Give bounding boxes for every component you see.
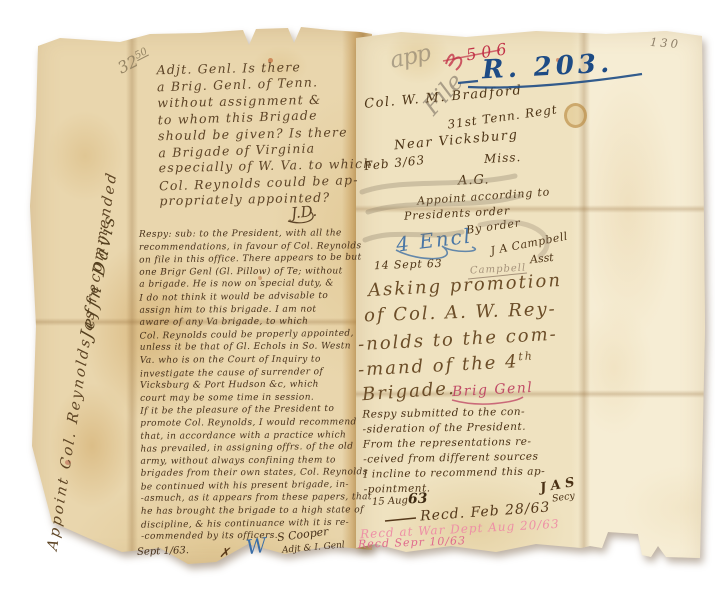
state: Miss.: [484, 150, 522, 166]
query-block: Adjt. Genl. Is therea Brig. Genl. of Ten…: [156, 58, 373, 210]
handwritten-line: Respy: sub: to the President, with all t…: [139, 227, 370, 241]
handwritten-line: one Brigr Genl (Gl. Pillow) of Te; witho…: [139, 265, 370, 279]
handwritten-line: investigate the cause of surrender of: [140, 365, 371, 381]
secretary-date: 15 Aug: [372, 495, 408, 508]
campbell-title: Asst: [529, 251, 554, 266]
handwritten-line: promote Col. Reynolds, I would recommend: [140, 416, 371, 430]
summary-line-4-ordinal: th: [518, 349, 534, 363]
reply-date: Sept 1/63.: [137, 545, 189, 558]
secretary-year: 63: [408, 491, 428, 508]
enclosure-date: 14 Sept 63: [374, 257, 443, 272]
secretary-endorsement-block: Respy submitted to the con--sideration o…: [362, 404, 545, 497]
ink-check-mark: ✗: [219, 546, 230, 561]
document-scan: Appoint Col. Reynolds as recommended Jef…: [0, 0, 715, 599]
handwritten-line: I incline to recommend this ap-: [363, 464, 545, 482]
blue-check-mark: W: [244, 533, 268, 560]
query-signature: J.D.: [290, 202, 318, 223]
office-abbrev: A.G.: [458, 172, 490, 188]
handwritten-line: -pointment.: [364, 479, 546, 497]
ring-stain: [564, 103, 587, 128]
reply-block: Respy: sub: to the President, with all t…: [139, 227, 372, 543]
page-number: 130: [650, 35, 682, 51]
